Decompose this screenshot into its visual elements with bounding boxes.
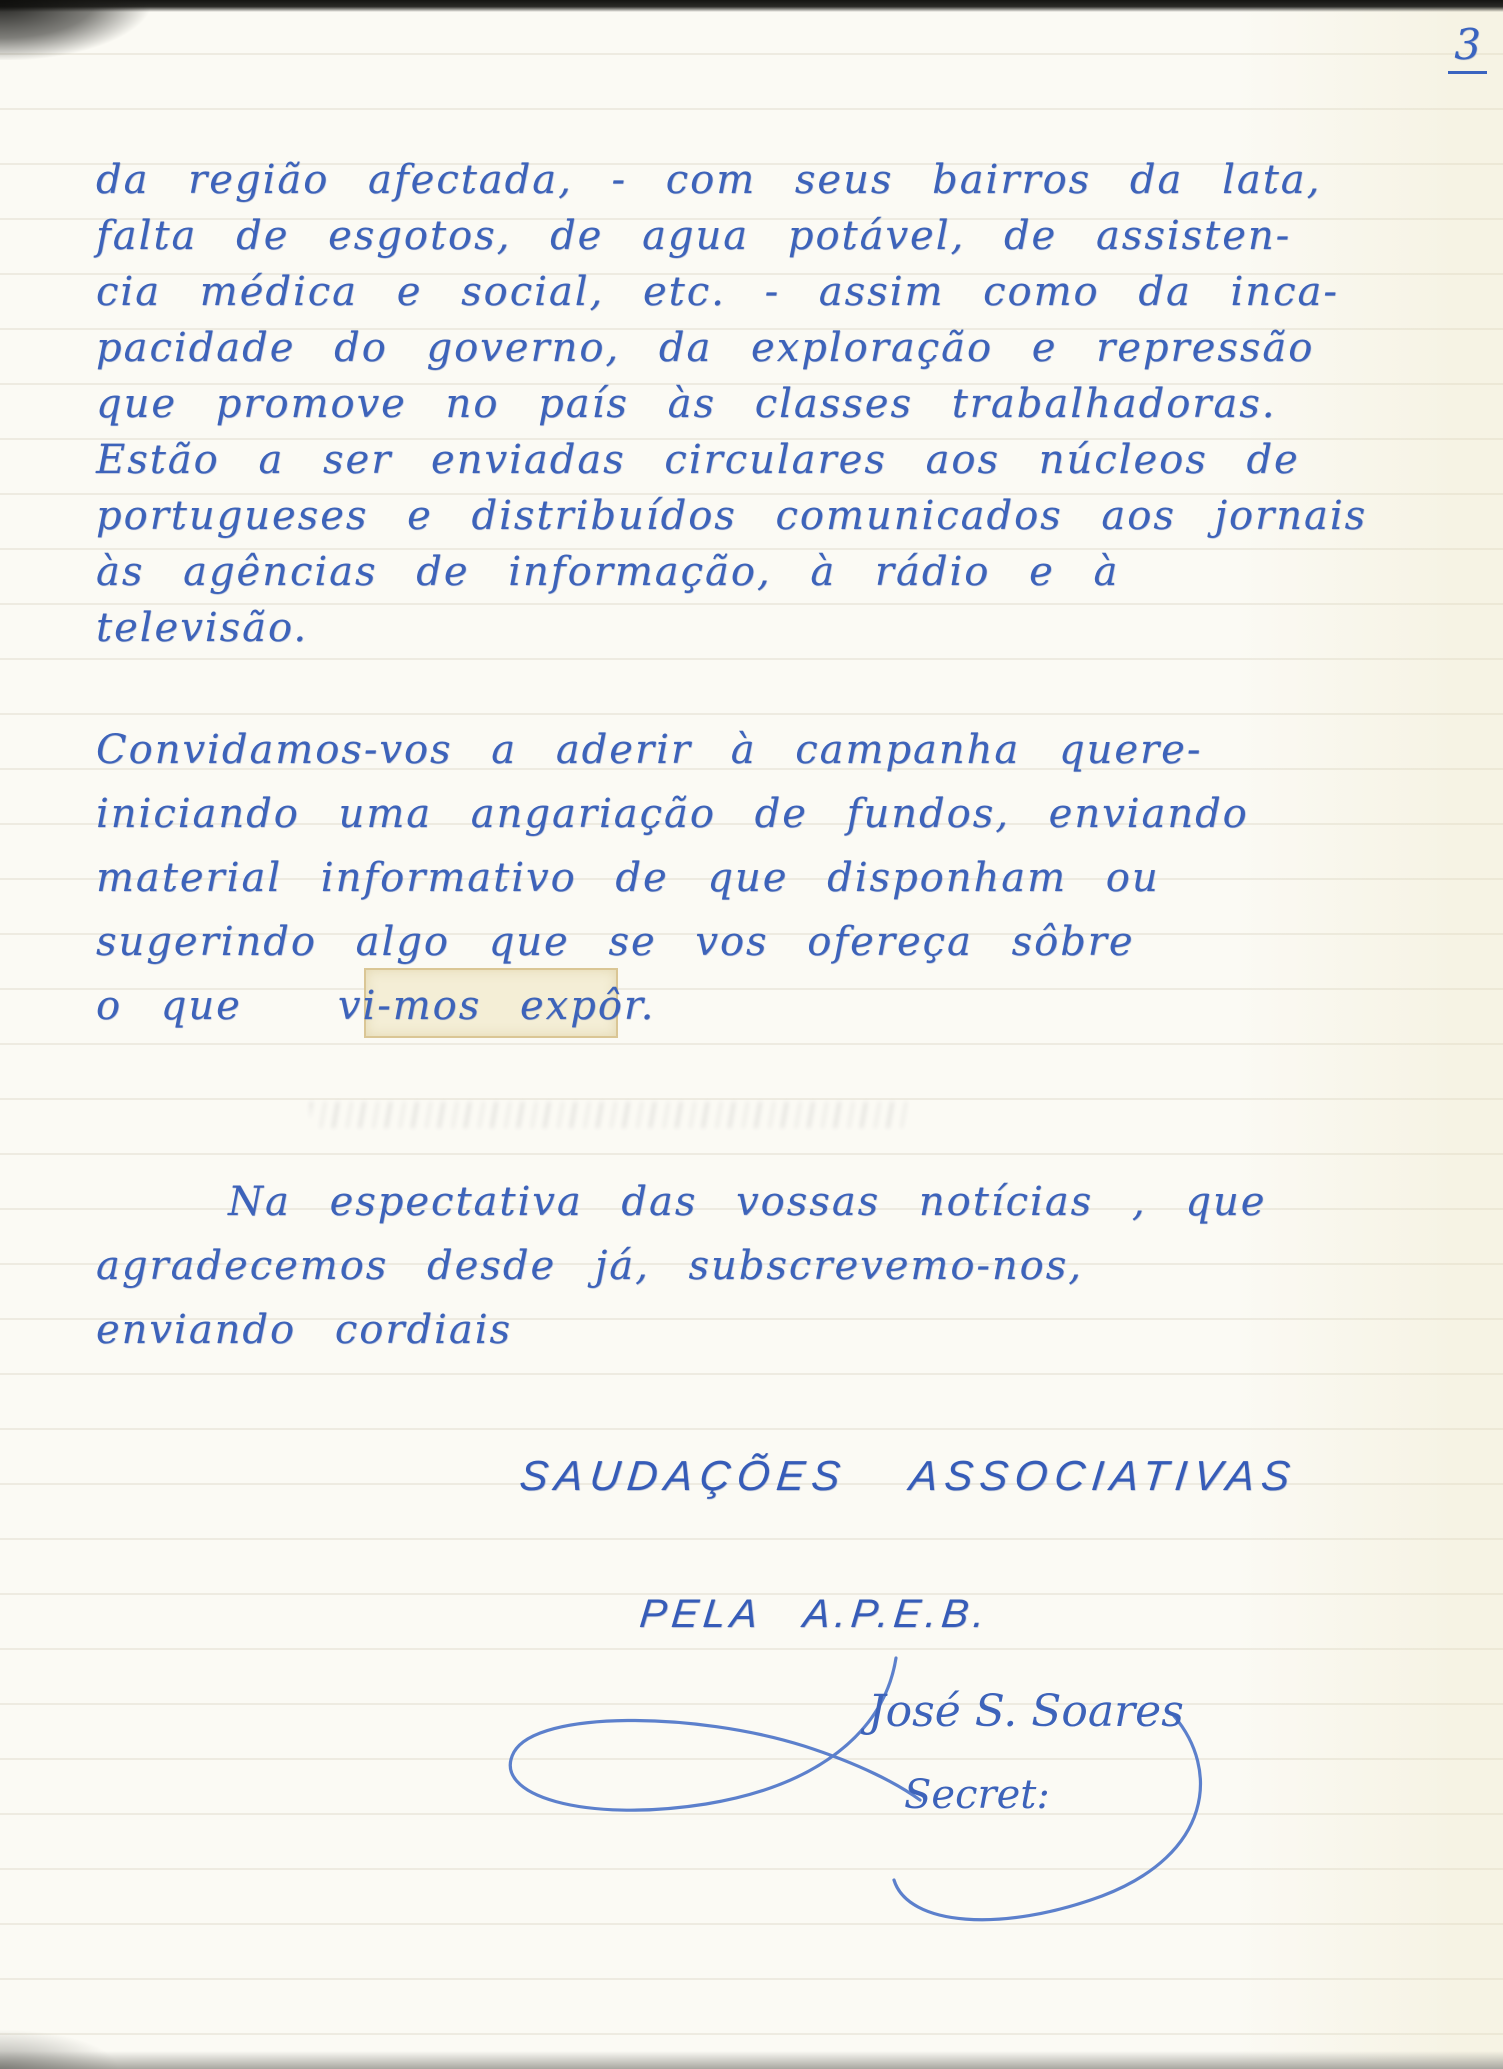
faded-ink-ghost-line: [310, 1102, 910, 1128]
handwritten-line: Convidamos-vos a aderir à campanha quere…: [96, 718, 1499, 782]
paragraph-1: da região afectada, - com seus bairros d…: [96, 152, 1499, 656]
handwritten-line: televisão.: [96, 600, 1499, 656]
handwritten-letter-page: 3 da região afectada, - com seus bairros…: [0, 0, 1503, 2069]
page-number: 3: [1448, 20, 1487, 74]
paragraph-3: Na espectativa das vossas notícias , que…: [96, 1170, 1499, 1362]
scan-top-edge: [0, 0, 1503, 12]
handwritten-line: falta de esgotos, de agua potável, de as…: [96, 208, 1499, 264]
handwritten-line: pacidade do governo, da exploração e rep…: [96, 320, 1499, 376]
handwritten-line: às agências de informação, à rádio e à: [96, 544, 1499, 600]
signature-flourish: José S. Soares Secret:: [468, 1628, 1248, 1968]
handwritten-line: Estão a ser enviadas circulares aos núcl…: [96, 432, 1499, 488]
handwritten-line: Na espectativa das vossas notícias , que: [96, 1170, 1499, 1234]
handwritten-line: cia médica e social, etc. - assim como d…: [96, 264, 1499, 320]
scan-corner-shadow: [0, 0, 150, 60]
scan-corner-shadow-bottom: [0, 2029, 120, 2069]
handwritten-line: da região afectada, - com seus bairros d…: [96, 152, 1499, 208]
handwritten-line: agradecemos desde já, subscrevemo-nos,: [96, 1234, 1499, 1298]
handwritten-line: portugueses e distribuídos comunicados a…: [96, 488, 1499, 544]
handwritten-line: material informativo de que disponham ou: [96, 846, 1499, 910]
signature-block: José S. Soares Secret:: [468, 1628, 1248, 1968]
signature-title: Secret:: [904, 1772, 1050, 1818]
handwritten-line: iniciando uma angariação de fundos, envi…: [96, 782, 1499, 846]
closing-salutation: SAUDAÇÕES ASSOCIATIVAS: [517, 1452, 1299, 1500]
handwritten-line: enviando cordiais: [96, 1298, 1499, 1362]
handwritten-text: o que: [96, 983, 242, 1029]
signature-name: José S. Soares: [860, 1686, 1184, 1737]
handwritten-line: que promove no país às classes trabalhad…: [96, 376, 1499, 432]
handwritten-line: sugerindo algo que se vos ofereça sôbre: [96, 910, 1499, 974]
handwritten-text-on-patch: vi-mos expôr.: [338, 983, 656, 1029]
signature-loop-stroke: [510, 1658, 920, 1810]
handwritten-line-with-patch: o quevi-mos expôr.: [96, 974, 1499, 1038]
scan-bottom-edge: [0, 2051, 1503, 2069]
paragraph-2: Convidamos-vos a aderir à campanha quere…: [96, 718, 1499, 1038]
